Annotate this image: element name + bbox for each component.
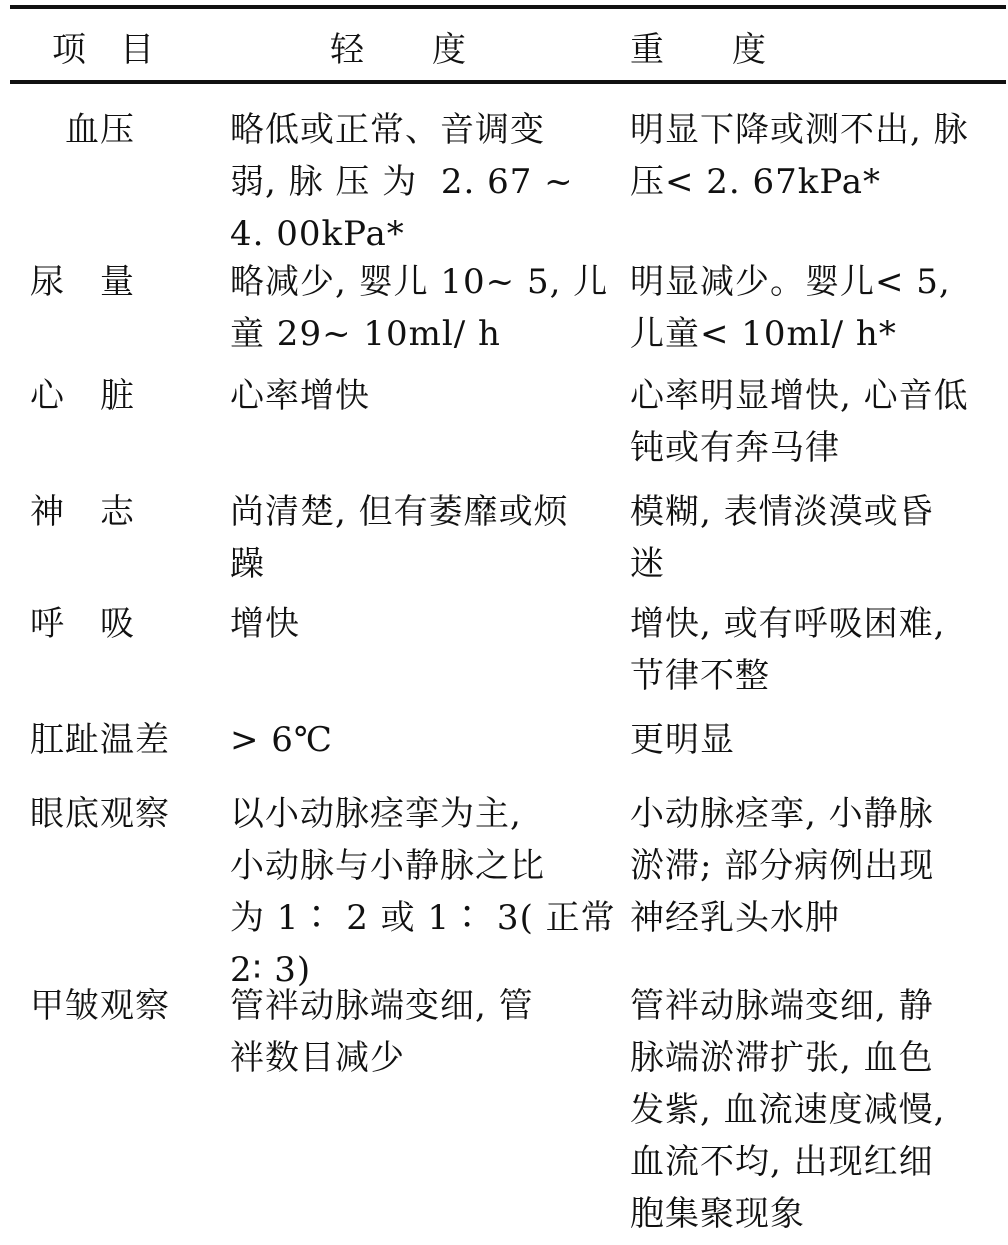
row-severe-heart: 心率明显增快, 心音低 钝或有奔马律: [630, 370, 1000, 474]
row-mild-heart: 心率增快: [230, 370, 590, 422]
row-item-blood-pressure: 血压: [30, 104, 210, 156]
row-mild-respiration: 增快: [230, 598, 590, 650]
row-severe-consciousness: 模糊, 表情淡漠或昏 迷: [630, 486, 1000, 590]
row-severe-nailfold: 管袢动脉端变细, 静 脉端淤滞扩张, 血色 发紫, 血流速度减慢, 血流不均, …: [630, 980, 1000, 1240]
row-item-heart: 心 脏: [30, 370, 210, 422]
header-severe: 重 度: [630, 26, 766, 74]
row-item-temp-diff: 肛趾温差: [30, 714, 210, 766]
row-item-consciousness: 神 志: [30, 486, 210, 538]
row-mild-consciousness: 尚清楚, 但有萎靡或烦 躁: [230, 486, 590, 590]
header-item: 项 目: [52, 26, 154, 74]
row-item-fundus: 眼底观察: [30, 788, 210, 840]
row-mild-blood-pressure: 略低或正常、音调变 弱, 脉 压 为 2. 67 ~ 4. 00kPa*: [230, 104, 590, 260]
table-header-rule: [10, 80, 1006, 84]
row-item-respiration: 呼 吸: [30, 598, 210, 650]
row-severe-respiration: 增快, 或有呼吸困难, 节律不整: [630, 598, 1000, 702]
row-mild-temp-diff: > 6℃: [230, 714, 590, 766]
row-severe-fundus: 小动脉痉挛, 小静脉 淤滞; 部分病例出现 神经乳头水肿: [630, 788, 1000, 944]
row-mild-nailfold: 管袢动脉端变细, 管 袢数目减少: [230, 980, 590, 1084]
row-mild-urine: 略减少, 婴儿 10~ 5, 儿 童 29~ 10ml/ h: [230, 256, 590, 360]
row-mild-fundus: 以小动脉痉挛为主, 小动脉与小静脉之比 为 1∶ 2 或 1∶ 3( 正常 2∶…: [230, 788, 590, 996]
row-severe-temp-diff: 更明显: [630, 714, 1000, 766]
row-item-nailfold: 甲皱观察: [30, 980, 210, 1032]
row-severe-blood-pressure: 明显下降或测不出, 脉 压< 2. 67kPa*: [630, 104, 1000, 208]
row-item-urine: 尿 量: [30, 256, 210, 308]
header-mild: 轻 度: [330, 26, 466, 74]
table-top-rule: [10, 5, 1006, 9]
row-severe-urine: 明显减少。婴儿< 5, 儿童< 10ml/ h*: [630, 256, 1000, 360]
